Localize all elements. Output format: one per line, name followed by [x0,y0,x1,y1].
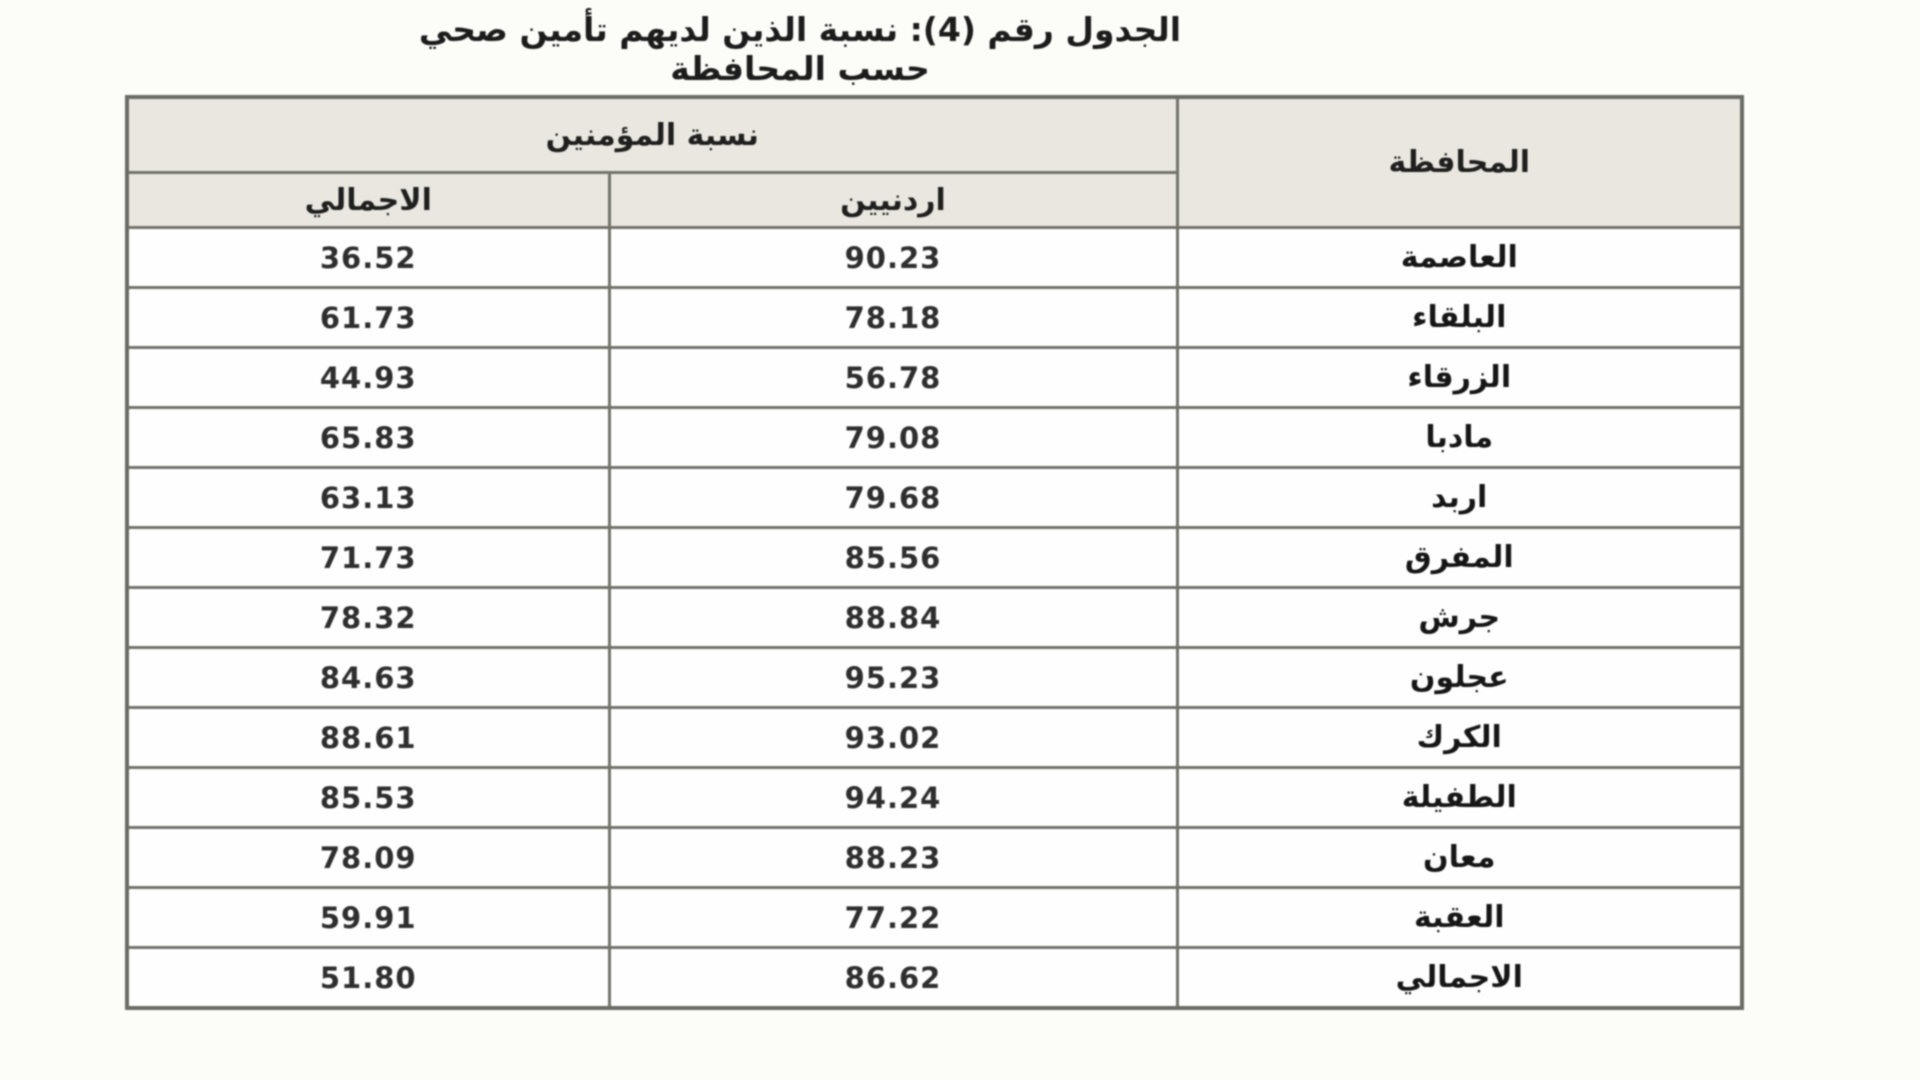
jordanians-value: 95.23 [609,648,1177,708]
total-value: 36.52 [127,228,609,288]
total-value: 84.63 [127,648,609,708]
jordanians-value: 94.24 [609,768,1177,828]
insurance-by-governorate-table: المحافظة نسبة المؤمنين اردنيين الاجمالي … [125,95,1744,1010]
jordanians-value: 78.18 [609,288,1177,348]
governorate-cell: الاجمالي [1177,948,1742,1009]
jordanians-value: 85.56 [609,528,1177,588]
total-value: 88.61 [127,708,609,768]
total-value: 63.13 [127,468,609,528]
total-value: 85.53 [127,768,609,828]
governorate-cell: معان [1177,828,1742,888]
table-row: المفرق 85.56 71.73 [127,528,1742,588]
insurance-table-container: المحافظة نسبة المؤمنين اردنيين الاجمالي … [125,95,1740,1010]
table-title: الجدول رقم (4): نسبة الذين لديهم تأمين ص… [370,10,1230,88]
governorate-cell: العاصمة [1177,228,1742,288]
table-row: عجلون 95.23 84.63 [127,648,1742,708]
total-value: 61.73 [127,288,609,348]
governorate-cell: عجلون [1177,648,1742,708]
total-value: 51.80 [127,948,609,1009]
header-row-1: المحافظة نسبة المؤمنين [127,97,1742,173]
total-value: 71.73 [127,528,609,588]
header-jordanians: اردنيين [609,173,1177,228]
governorate-cell: الزرقاء [1177,348,1742,408]
governorate-cell: اربد [1177,468,1742,528]
jordanians-value: 79.68 [609,468,1177,528]
governorate-cell: الطفيلة [1177,768,1742,828]
table-row: جرش 88.84 78.32 [127,588,1742,648]
total-value: 78.32 [127,588,609,648]
table-row: العقبة 77.22 59.91 [127,888,1742,948]
table-row: مادبا 79.08 65.83 [127,408,1742,468]
table-row: معان 88.23 78.09 [127,828,1742,888]
table-row: الاجمالي 86.62 51.80 [127,948,1742,1009]
header-insured-percentage: نسبة المؤمنين [127,97,1177,173]
governorate-cell: الكرك [1177,708,1742,768]
governorate-cell: العقبة [1177,888,1742,948]
governorate-cell: البلقاء [1177,288,1742,348]
jordanians-value: 88.23 [609,828,1177,888]
jordanians-value: 77.22 [609,888,1177,948]
header-governorate: المحافظة [1177,97,1742,228]
total-value: 59.91 [127,888,609,948]
table-row: الزرقاء 56.78 44.93 [127,348,1742,408]
governorate-cell: المفرق [1177,528,1742,588]
table-row: البلقاء 78.18 61.73 [127,288,1742,348]
table-row: العاصمة 90.23 36.52 [127,228,1742,288]
scanned-document-page: الجدول رقم (4): نسبة الذين لديهم تأمين ص… [0,0,1920,1080]
jordanians-value: 88.84 [609,588,1177,648]
table-row: الكرك 93.02 88.61 [127,708,1742,768]
jordanians-value: 90.23 [609,228,1177,288]
total-value: 65.83 [127,408,609,468]
total-value: 44.93 [127,348,609,408]
jordanians-value: 56.78 [609,348,1177,408]
jordanians-value: 93.02 [609,708,1177,768]
header-total: الاجمالي [127,173,609,228]
table-row: الطفيلة 94.24 85.53 [127,768,1742,828]
total-value: 78.09 [127,828,609,888]
table-row: اربد 79.68 63.13 [127,468,1742,528]
jordanians-value: 86.62 [609,948,1177,1009]
governorate-cell: مادبا [1177,408,1742,468]
governorate-cell: جرش [1177,588,1742,648]
jordanians-value: 79.08 [609,408,1177,468]
